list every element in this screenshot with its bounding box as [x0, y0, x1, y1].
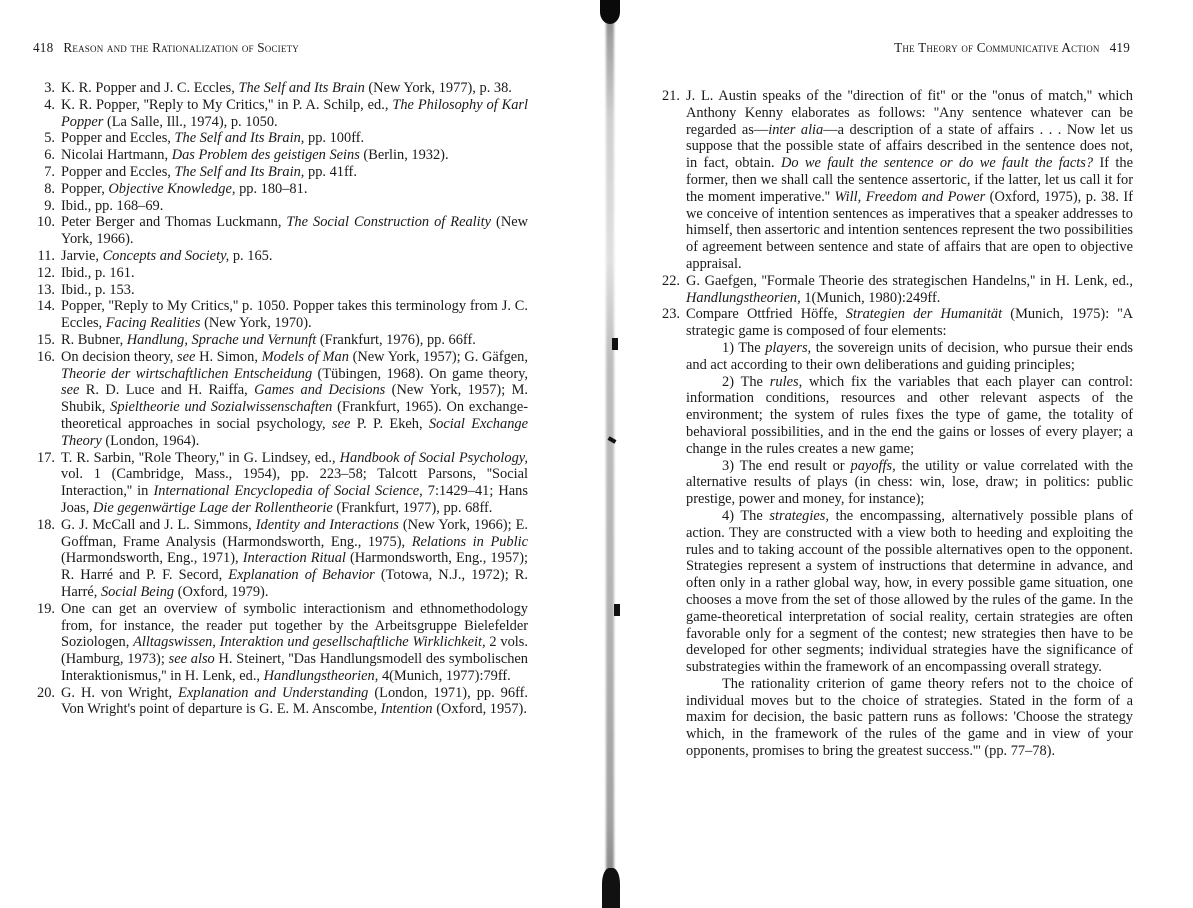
footnote-number: 10. [25, 214, 55, 231]
footnote-text: R. Bubner, Handlung, Sprache und Vernunf… [61, 332, 528, 349]
footnote-text: K. R. Popper, ''Reply to My Critics,'' i… [61, 97, 528, 131]
footnote-text: On decision theory, see H. Simon, Models… [61, 349, 528, 450]
footnote-paragraph: J. L. Austin speaks of the ''direction o… [686, 88, 1133, 273]
footnote: 16.On decision theory, see H. Simon, Mod… [25, 349, 528, 450]
spine-top-blot [600, 0, 620, 24]
footnote-paragraph: Popper, ''Reply to My Critics,'' p. 1050… [61, 298, 528, 332]
footnote-number: 7. [25, 164, 55, 181]
footnote-paragraph: The rationality criterion of game theory… [686, 676, 1133, 760]
footnote-text: J. L. Austin speaks of the ''direction o… [686, 88, 1133, 273]
footnote-paragraph: 1) The players, the sovereign units of d… [686, 340, 1133, 374]
footnote-number: 22. [650, 273, 680, 290]
running-head-title: The Theory of Communicative Action [894, 40, 1099, 55]
footnote-text: Peter Berger and Thomas Luckmann, The So… [61, 214, 528, 248]
footnote-number: 4. [25, 97, 55, 114]
footnote-number: 17. [25, 450, 55, 467]
footnote-paragraph: G. H. von Wright, Explanation and Unders… [61, 685, 528, 719]
footnote-paragraph: K. R. Popper, ''Reply to My Critics,'' i… [61, 97, 528, 131]
spine-bottom-blot [602, 868, 620, 908]
footnote-paragraph: 4) The strategies, the encompassing, alt… [686, 508, 1133, 676]
footnote-number: 21. [650, 88, 680, 105]
footnote-number: 19. [25, 601, 55, 618]
footnote-paragraph: Nicolai Hartmann, Das Problem des geisti… [61, 147, 528, 164]
footnote-text: G. H. von Wright, Explanation and Unders… [61, 685, 528, 719]
running-head-title: Reason and the Rationalization of Societ… [63, 40, 299, 55]
page-number: 418 [33, 40, 53, 55]
footnote-number: 18. [25, 517, 55, 534]
footnote: 17.T. R. Sarbin, ''Role Theory,'' in G. … [25, 450, 528, 517]
footnote-paragraph: On decision theory, see H. Simon, Models… [61, 349, 528, 450]
footnote-text: K. R. Popper and J. C. Eccles, The Self … [61, 80, 528, 97]
footnote-paragraph: K. R. Popper and J. C. Eccles, The Self … [61, 80, 528, 97]
footnote-paragraph: G. Gaefgen, ''Formale Theorie des strate… [686, 273, 1133, 307]
footnote-text: Popper, Objective Knowledge, pp. 180–81. [61, 181, 528, 198]
footnote-list: 3.K. R. Popper and J. C. Eccles, The Sel… [25, 80, 528, 718]
footnote-paragraph: Ibid., pp. 168–69. [61, 198, 528, 215]
footnote-text: Ibid., pp. 168–69. [61, 198, 528, 215]
footnote: 4.K. R. Popper, ''Reply to My Critics,''… [25, 97, 528, 131]
footnote: 8.Popper, Objective Knowledge, pp. 180–8… [25, 181, 528, 198]
footnote-list: 21.J. L. Austin speaks of the ''directio… [650, 88, 1133, 760]
footnote-paragraph: G. J. McCall and J. L. Simmons, Identity… [61, 517, 528, 601]
footnote-text: Ibid., p. 161. [61, 265, 528, 282]
footnote-paragraph: Ibid., p. 153. [61, 282, 528, 299]
footnote: 7.Popper and Eccles, The Self and Its Br… [25, 164, 528, 181]
footnote: 10.Peter Berger and Thomas Luckmann, The… [25, 214, 528, 248]
footnote-paragraph: R. Bubner, Handlung, Sprache und Vernunf… [61, 332, 528, 349]
footnote: 20.G. H. von Wright, Explanation and Und… [25, 685, 528, 719]
footnote-paragraph: 3) The end result or payoffs, the utilit… [686, 458, 1133, 508]
footnote-number: 11. [25, 248, 55, 265]
footnote: 9.Ibid., pp. 168–69. [25, 198, 528, 215]
footnote-number: 23. [650, 306, 680, 323]
footnote-paragraph: Popper and Eccles, The Self and Its Brai… [61, 164, 528, 181]
footnote-paragraph: One can get an overview of symbolic inte… [61, 601, 528, 685]
footnote-text: Ibid., p. 153. [61, 282, 528, 299]
footnote-paragraph: Compare Ottfried Höffe, Strategien der H… [686, 306, 1133, 340]
spine-shadow [606, 0, 614, 908]
footnote-text: G. Gaefgen, ''Formale Theorie des strate… [686, 273, 1133, 307]
footnote-number: 20. [25, 685, 55, 702]
running-head-right: The Theory of Communicative Action419 [894, 40, 1130, 56]
page-number: 419 [1110, 40, 1130, 55]
footnote: 14.Popper, ''Reply to My Critics,'' p. 1… [25, 298, 528, 332]
footnote-paragraph: Peter Berger and Thomas Luckmann, The So… [61, 214, 528, 248]
footnote: 5.Popper and Eccles, The Self and Its Br… [25, 130, 528, 147]
footnote-text: G. J. McCall and J. L. Simmons, Identity… [61, 517, 528, 601]
footnote-text: Popper and Eccles, The Self and Its Brai… [61, 164, 528, 181]
footnote: 12.Ibid., p. 161. [25, 265, 528, 282]
book-spine-gutter [594, 0, 624, 908]
spine-mark [614, 604, 620, 616]
spine-mark [612, 338, 618, 350]
right-page: The Theory of Communicative Action419 21… [630, 0, 1193, 908]
footnote-text: Nicolai Hartmann, Das Problem des geisti… [61, 147, 528, 164]
footnote: 19.One can get an overview of symbolic i… [25, 601, 528, 685]
footnote-text: Popper, ''Reply to My Critics,'' p. 1050… [61, 298, 528, 332]
footnote: 21.J. L. Austin speaks of the ''directio… [650, 88, 1133, 273]
footnote: 23.Compare Ottfried Höffe, Strategien de… [650, 306, 1133, 760]
footnote-text: Popper and Eccles, The Self and Its Brai… [61, 130, 528, 147]
footnote: 18.G. J. McCall and J. L. Simmons, Ident… [25, 517, 528, 601]
footnote: 22.G. Gaefgen, ''Formale Theorie des str… [650, 273, 1133, 307]
footnote: 6.Nicolai Hartmann, Das Problem des geis… [25, 147, 528, 164]
footnote-paragraph: Jarvie, Concepts and Society, p. 165. [61, 248, 528, 265]
footnote-number: 16. [25, 349, 55, 366]
footnote-paragraph: T. R. Sarbin, ''Role Theory,'' in G. Lin… [61, 450, 528, 517]
footnote-paragraph: Popper, Objective Knowledge, pp. 180–81. [61, 181, 528, 198]
footnote-number: 3. [25, 80, 55, 97]
footnote: 15.R. Bubner, Handlung, Sprache und Vern… [25, 332, 528, 349]
footnote-number: 5. [25, 130, 55, 147]
footnote-text: Compare Ottfried Höffe, Strategien der H… [686, 306, 1133, 760]
running-head-left: 418Reason and the Rationalization of Soc… [33, 40, 299, 56]
footnote: 13.Ibid., p. 153. [25, 282, 528, 299]
footnote-paragraph: Popper and Eccles, The Self and Its Brai… [61, 130, 528, 147]
footnote: 11.Jarvie, Concepts and Society, p. 165. [25, 248, 528, 265]
footnote-number: 8. [25, 181, 55, 198]
footnote-number: 13. [25, 282, 55, 299]
footnote-paragraph: Ibid., p. 161. [61, 265, 528, 282]
footnote-number: 15. [25, 332, 55, 349]
left-page: 418Reason and the Rationalization of Soc… [0, 0, 560, 908]
footnote-number: 9. [25, 198, 55, 215]
footnote-paragraph: 2) The rules, which fix the variables th… [686, 374, 1133, 458]
footnote-text: One can get an overview of symbolic inte… [61, 601, 528, 685]
footnote-number: 14. [25, 298, 55, 315]
footnote-text: T. R. Sarbin, ''Role Theory,'' in G. Lin… [61, 450, 528, 517]
footnote-number: 6. [25, 147, 55, 164]
footnote-text: Jarvie, Concepts and Society, p. 165. [61, 248, 528, 265]
footnote: 3.K. R. Popper and J. C. Eccles, The Sel… [25, 80, 528, 97]
footnote-number: 12. [25, 265, 55, 282]
